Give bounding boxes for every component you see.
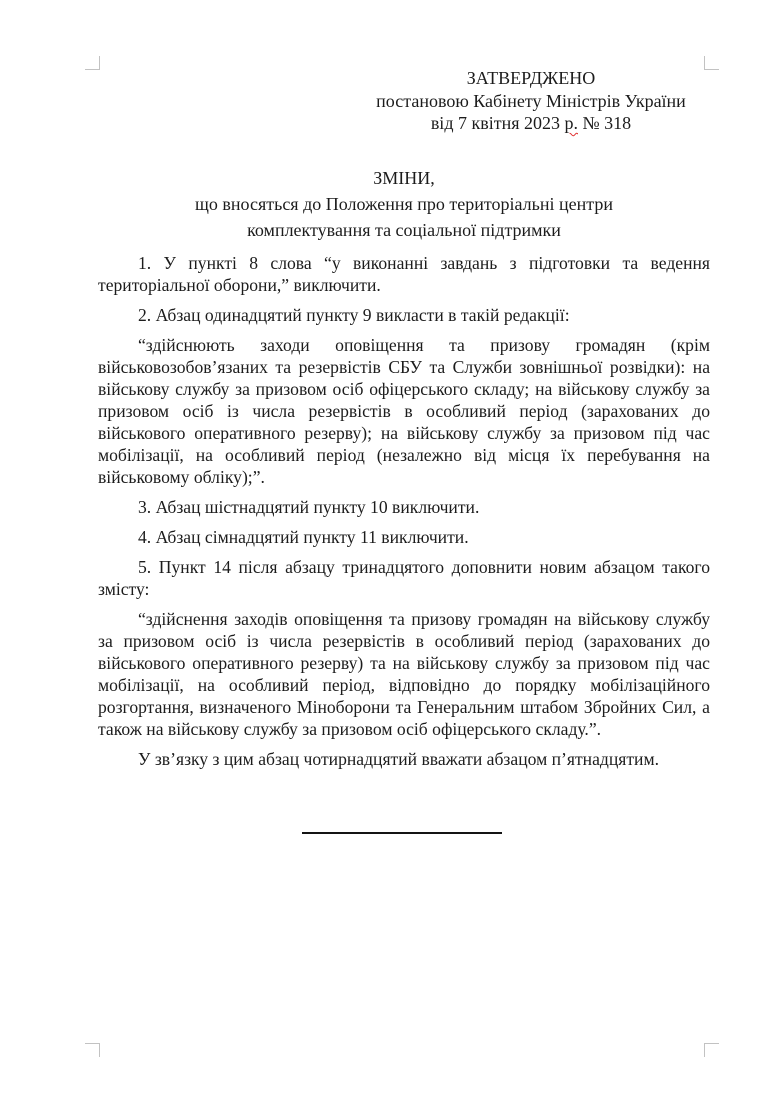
paragraph-item-2: 2. Абзац одинадцятий пункту 9 викласти в… [98,304,710,326]
separator-line [302,832,502,834]
approval-line-date-number: від 7 квітня 2023 р. № 318 [282,112,779,135]
crop-mark-bottom-left-icon [85,1043,100,1057]
title-line-subject-2: комплектування та соціальної підтримки [98,217,710,243]
title-line-subject-1: що вносяться до Положення про територіал… [98,191,710,217]
paragraph-item-5: 5. Пункт 14 після абзацу тринадцятого до… [98,556,710,600]
approval-date-prefix: від 7 квітня 2023 [431,113,565,133]
title-line-changes: ЗМІНИ, [98,165,710,191]
document-title: ЗМІНИ, що вносяться до Положення про тер… [98,165,710,243]
crop-mark-bottom-right-icon [704,1043,719,1057]
paragraph-quote-2: “здійснення заходів оповіщення та призов… [98,608,710,740]
spellcheck-marked-word: р. [565,113,579,133]
approval-line-resolution: постановою Кабінету Міністрів України [282,90,779,113]
approval-line-approved: ЗАТВЕРДЖЕНО [282,67,779,90]
crop-mark-top-left-icon [85,56,100,70]
paragraph-renumbering-note: У зв’язку з цим абзац чотирнадцятий вваж… [98,748,710,770]
document-body: 1. У пункті 8 слова “у виконанні завдань… [98,252,710,778]
paragraph-quote-1: “здійснюють заходи оповіщення та призову… [98,334,710,488]
paragraph-item-3: 3. Абзац шістнадцятий пункту 10 виключит… [98,496,710,518]
approval-block: ЗАТВЕРДЖЕНО постановою Кабінету Міністрі… [282,67,779,135]
document-page: ЗАТВЕРДЖЕНО постановою Кабінету Міністрі… [0,0,779,1106]
paragraph-item-1: 1. У пункті 8 слова “у виконанні завдань… [98,252,710,296]
approval-doc-number: № 318 [578,113,631,133]
paragraph-item-4: 4. Абзац сімнадцятий пункту 11 виключити… [98,526,710,548]
